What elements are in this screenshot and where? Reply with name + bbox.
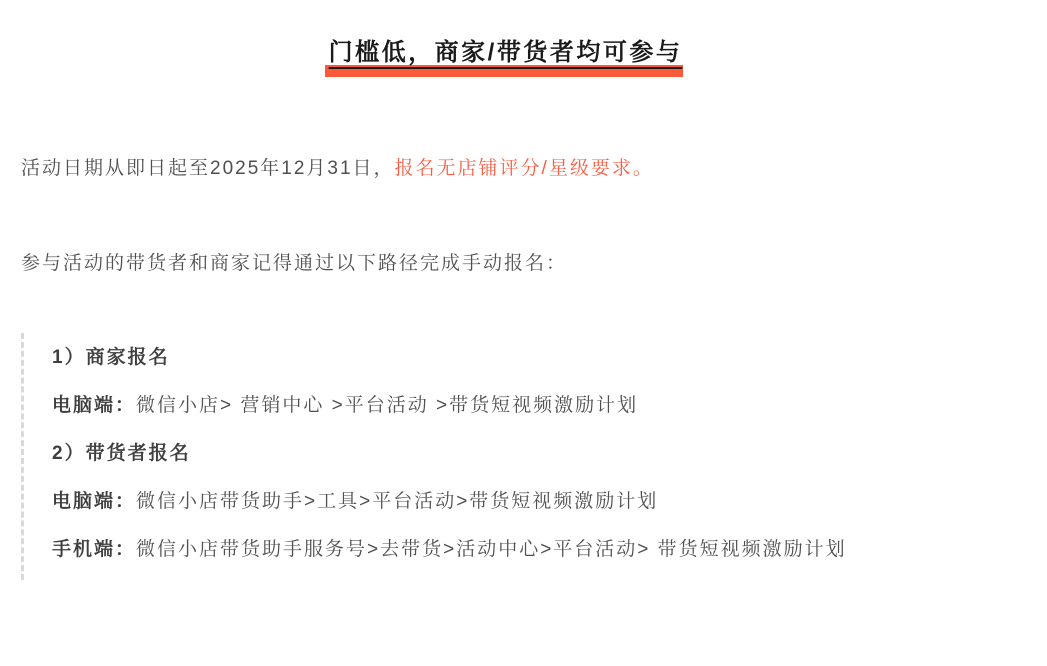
- section-title-text: 门槛低，商家/带货者均可参与: [329, 38, 683, 68]
- paragraph-signup-instruction: 参与活动的带货者和商家记得通过以下路径完成手动报名：: [21, 251, 990, 276]
- section-title: 门槛低，商家/带货者均可参与: [21, 38, 990, 68]
- quote-line-label: 手机端：: [52, 539, 136, 560]
- title-highlight-bar: [325, 65, 684, 77]
- quote-line-label: 电脑端：: [52, 395, 136, 416]
- paragraph-activity-date: 活动日期从即日起至2025年12月31日，报名无店铺评分/星级要求。: [21, 156, 990, 181]
- section-title-label: 门槛低，商家/带货者均可参与: [329, 39, 683, 66]
- quote-line-merchant-pc-path: 电脑端：微信小店> 营销中心 >平台活动 >带货短视频激励计划: [52, 382, 852, 430]
- quote-line-text: 微信小店带货助手>工具>平台活动>带货短视频激励计划: [136, 491, 658, 512]
- quote-line-label: 2）带货者报名: [52, 443, 191, 464]
- signup-paths-quote: 1）商家报名 电脑端：微信小店> 营销中心 >平台活动 >带货短视频激励计划 2…: [21, 333, 990, 580]
- quote-line-promoter-pc-path: 电脑端：微信小店带货助手>工具>平台活动>带货短视频激励计划: [52, 478, 852, 526]
- quote-line-promoter-header: 2）带货者报名: [52, 430, 852, 478]
- quote-line-label: 1）商家报名: [52, 347, 170, 368]
- quote-line-promoter-mobile-path: 手机端：微信小店带货助手服务号>去带货>活动中心>平台活动> 带货短视频激励计划: [52, 526, 852, 574]
- quote-line-text: 微信小店带货助手服务号>去带货>活动中心>平台活动> 带货短视频激励计划: [136, 539, 847, 560]
- quote-line-text: 微信小店> 营销中心 >平台活动 >带货短视频激励计划: [136, 395, 638, 416]
- signup-requirement-highlight: 报名无店铺评分/星级要求。: [395, 158, 654, 179]
- quote-line-merchant-header: 1）商家报名: [52, 334, 852, 382]
- activity-date-text: 活动日期从即日起至2025年12月31日，: [21, 158, 395, 179]
- article-container: 门槛低，商家/带货者均可参与 活动日期从即日起至2025年12月31日，报名无店…: [0, 0, 1047, 580]
- quote-line-label: 电脑端：: [52, 491, 136, 512]
